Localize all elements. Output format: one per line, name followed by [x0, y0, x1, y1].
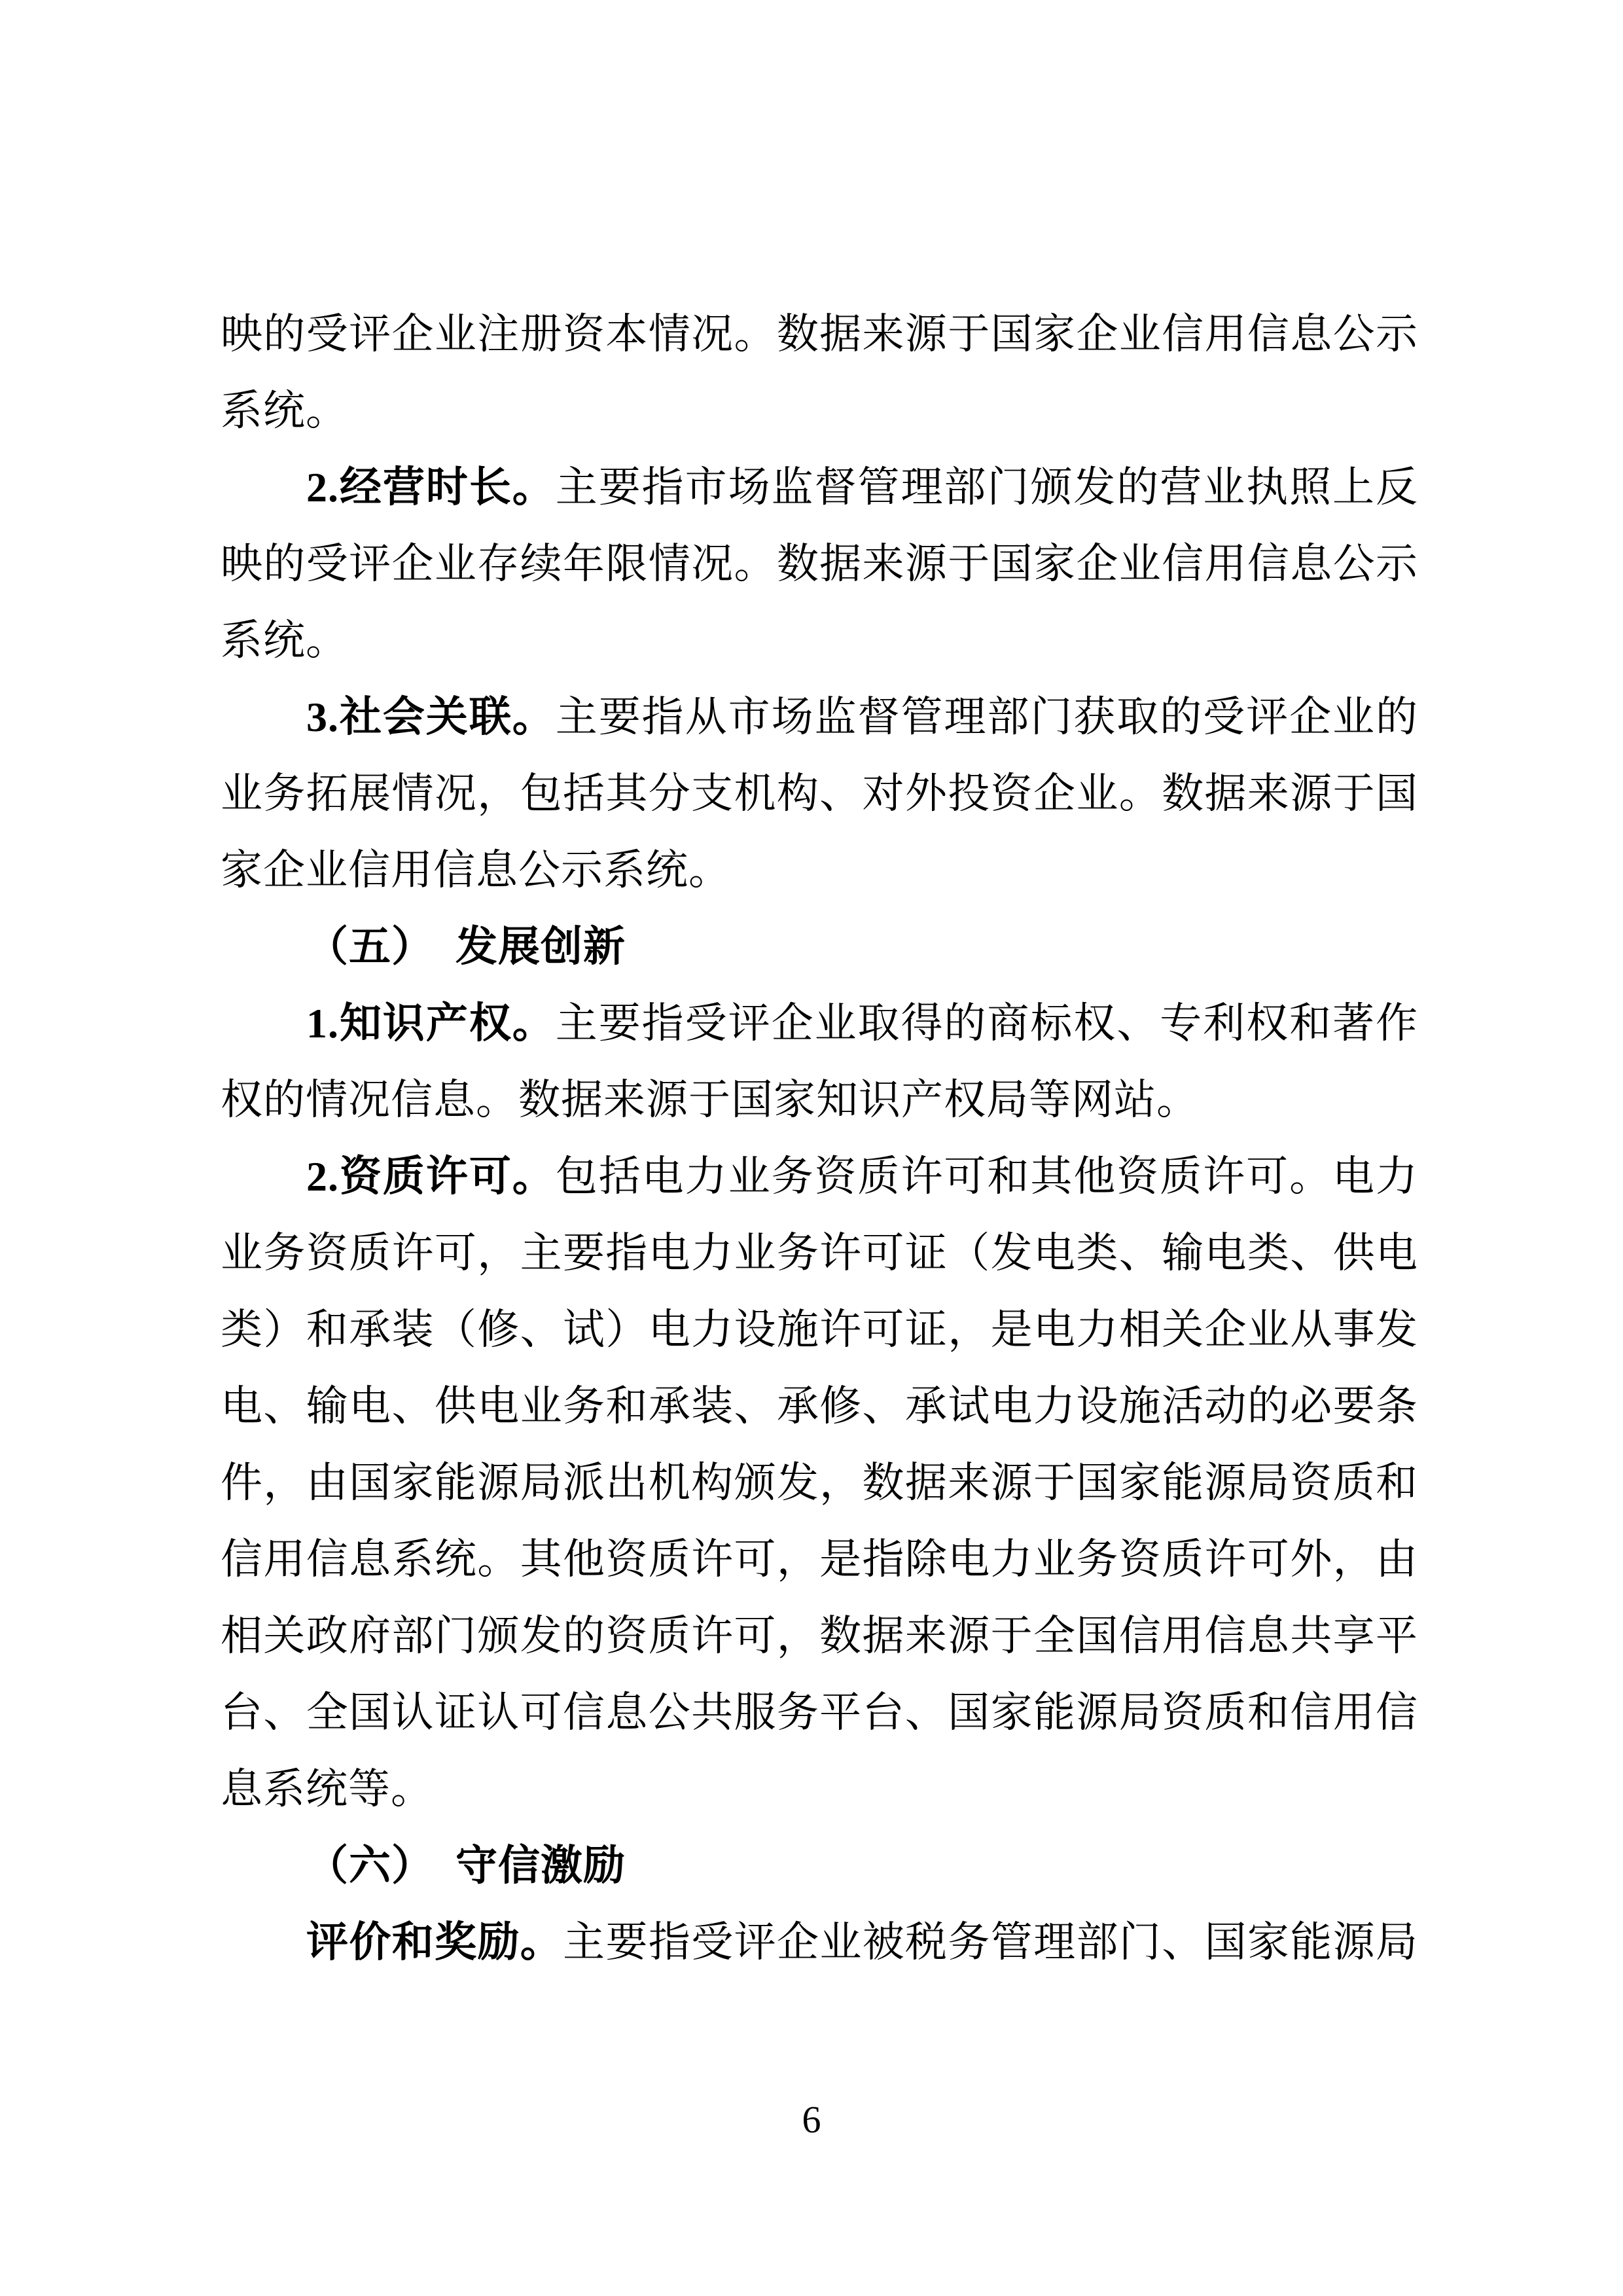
body-text: 业务资质许可，主要指电力业务许可证（发电类、输电类、供电	[221, 1230, 1418, 1276]
text-line: 业务拓展情况，包括其分支机构、对外投资企业。数据来源于国	[221, 755, 1418, 832]
text-line: 家企业信用信息公示系统。	[221, 832, 1418, 908]
text-line: 映的受评企业存续年限情况。数据来源于国家企业信用信息公示	[221, 526, 1418, 602]
text-line: 系统。	[221, 372, 1418, 449]
text-line: 评价和奖励。主要指受评企业被税务管理部门、国家能源局	[221, 1904, 1418, 1981]
text-line: 1.知识产权。主要指受评企业取得的商标权、专利权和著作	[221, 985, 1418, 1062]
body-text: 信用信息系统。其他资质许可，是指除电力业务资质许可外，由	[221, 1536, 1418, 1583]
text-line: 台、全国认证认可信息公共服务平台、国家能源局资质和信用信	[221, 1674, 1418, 1751]
body-text: 映的受评企业注册资本情况。数据来源于国家企业信用信息公示	[221, 311, 1418, 357]
text-line: 信用信息系统。其他资质许可，是指除电力业务资质许可外，由	[221, 1521, 1418, 1598]
body-text: 权的情况信息。数据来源于国家知识产权局等网站。	[221, 1077, 1199, 1123]
bold-lead-text: 1.知识产权。	[306, 1000, 556, 1047]
bold-lead-text: （五） 发展创新	[306, 924, 626, 970]
text-line: 相关政府部门颁发的资质许可，数据来源于全国信用信息共享平	[221, 1598, 1418, 1674]
bold-lead-text: 评价和奖励。	[306, 1919, 563, 1965]
text-line: 3.社会关联。主要指从市场监督管理部门获取的受评企业的	[221, 679, 1418, 755]
body-text: 息系统等。	[221, 1766, 433, 1812]
body-text: 台、全国认证认可信息公共服务平台、国家能源局资质和信用信	[221, 1689, 1418, 1736]
body-text: 相关政府部门颁发的资质许可，数据来源于全国信用信息共享平	[221, 1613, 1418, 1659]
bold-lead-text: （六） 守信激励	[306, 1842, 626, 1889]
body-text: 主要指市场监督管理部门颁发的营业执照上反	[556, 464, 1418, 511]
body-text: 主要指受评企业被税务管理部门、国家能源局	[563, 1919, 1418, 1965]
text-line: 系统。	[221, 602, 1418, 679]
bold-lead-text: 2.资质许可。	[306, 1153, 556, 1200]
text-line: 2.经营时长。主要指市场监督管理部门颁发的营业执照上反	[221, 449, 1418, 526]
body-text: 件，由国家能源局派出机构颁发，数据来源于国家能源局资质和	[221, 1460, 1418, 1506]
section-heading: （六） 守信激励	[221, 1827, 1418, 1904]
text-line: 息系统等。	[221, 1751, 1418, 1827]
text-line: 类）和承装（修、试）电力设施许可证，是电力相关企业从事发	[221, 1291, 1418, 1368]
document-content: 映的受评企业注册资本情况。数据来源于国家企业信用信息公示系统。2.经营时长。主要…	[221, 296, 1418, 1981]
bold-lead-text: 2.经营时长。	[306, 464, 556, 511]
text-line: 2.资质许可。包括电力业务资质许可和其他资质许可。电力	[221, 1138, 1418, 1215]
section-heading: （五） 发展创新	[221, 908, 1418, 985]
body-text: 主要指从市场监督管理部门获取的受评企业的	[556, 694, 1418, 740]
text-line: 业务资质许可，主要指电力业务许可证（发电类、输电类、供电	[221, 1215, 1418, 1291]
text-line: 件，由国家能源局派出机构颁发，数据来源于国家能源局资质和	[221, 1444, 1418, 1521]
body-text: 主要指受评企业取得的商标权、专利权和著作	[556, 1000, 1418, 1047]
text-line: 电、输电、供电业务和承装、承修、承试电力设施活动的必要条	[221, 1368, 1418, 1444]
body-text: 电、输电、供电业务和承装、承修、承试电力设施活动的必要条	[221, 1383, 1418, 1429]
body-text: 系统。	[221, 617, 348, 664]
body-text: 类）和承装（修、试）电力设施许可证，是电力相关企业从事发	[221, 1306, 1418, 1353]
body-text: 映的受评企业存续年限情况。数据来源于国家企业信用信息公示	[221, 541, 1418, 587]
body-text: 家企业信用信息公示系统。	[221, 847, 731, 893]
body-text: 系统。	[221, 387, 348, 434]
text-line: 映的受评企业注册资本情况。数据来源于国家企业信用信息公示	[221, 296, 1418, 372]
body-text: 包括电力业务资质许可和其他资质许可。电力	[556, 1153, 1418, 1200]
page-number: 6	[0, 2097, 1623, 2143]
bold-lead-text: 3.社会关联。	[306, 694, 556, 740]
body-text: 业务拓展情况，包括其分支机构、对外投资企业。数据来源于国	[221, 770, 1418, 817]
document-page: 映的受评企业注册资本情况。数据来源于国家企业信用信息公示系统。2.经营时长。主要…	[0, 0, 1623, 2296]
text-line: 权的情况信息。数据来源于国家知识产权局等网站。	[221, 1062, 1418, 1138]
